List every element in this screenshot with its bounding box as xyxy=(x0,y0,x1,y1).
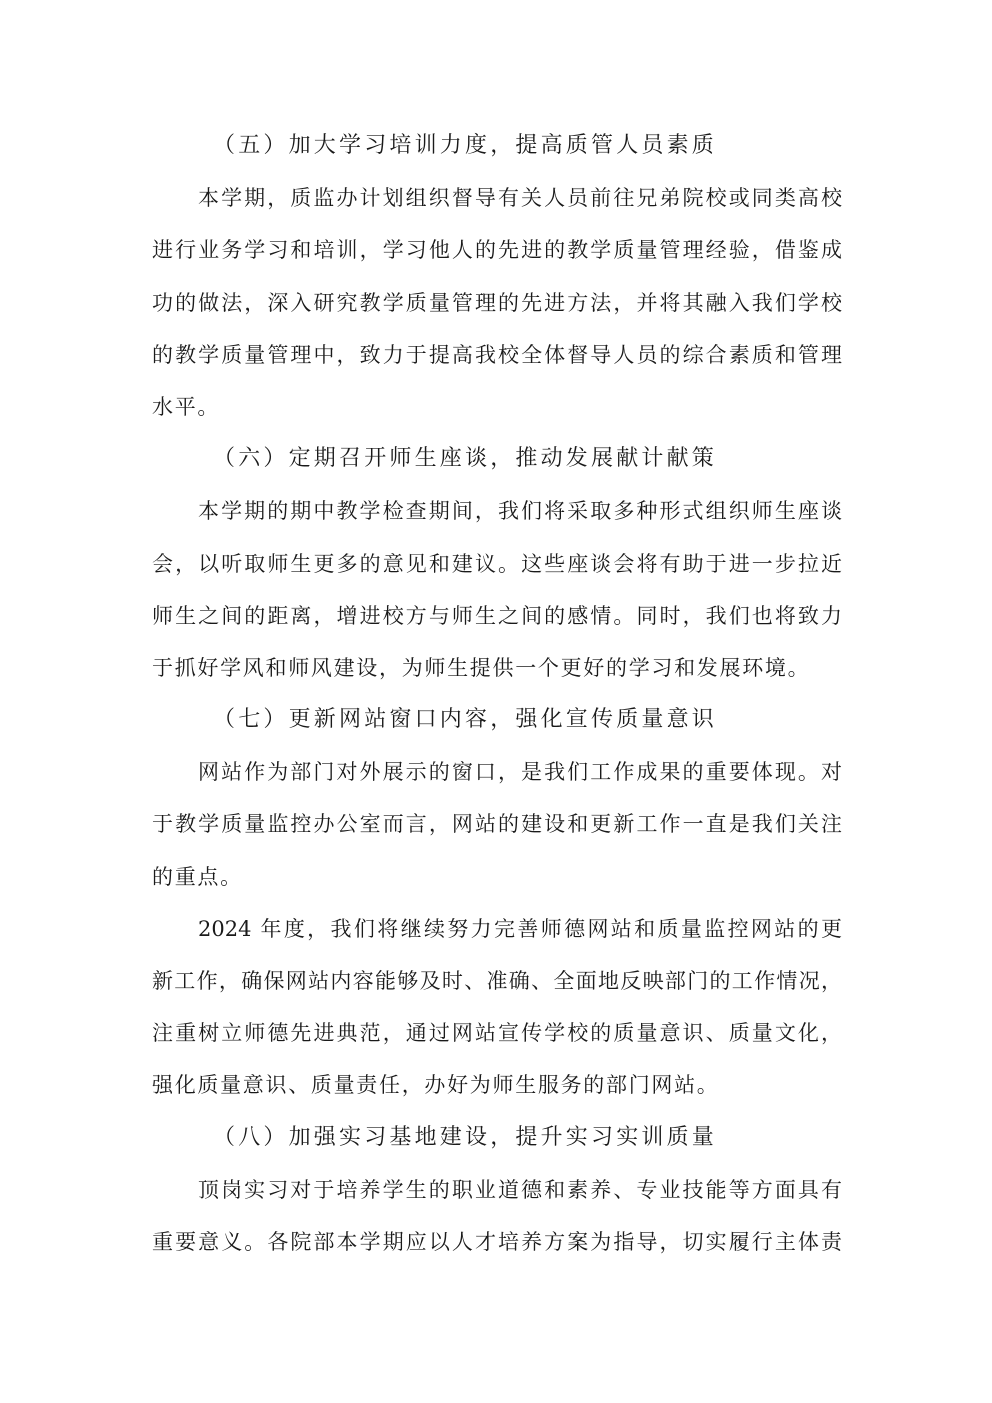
section-heading: （八）加强实习基地建设，提升实习实训质量 xyxy=(152,1112,842,1164)
section-heading: （五）加大学习培训力度，提高质管人员素质 xyxy=(152,120,842,172)
section-heading: （七）更新网站窗口内容，强化宣传质量意识 xyxy=(152,694,842,746)
paragraph-line: 强化质量意识、质量责任，办好为师生服务的部门网站。 xyxy=(152,1059,842,1111)
paragraph-line: 于抓好学风和师风建设，为师生提供一个更好的学习和发展环境。 xyxy=(152,642,842,694)
paragraph-line: 的重点。 xyxy=(152,851,842,903)
paragraph-line: 于教学质量监控办公室而言，网站的建设和更新工作一直是我们关注 xyxy=(152,798,842,850)
paragraph-line: 顶岗实习对于培养学生的职业道德和素养、专业技能等方面具有 xyxy=(152,1164,842,1216)
paragraph-line: 师生之间的距离，增进校方与师生之间的感情。同时，我们也将致力 xyxy=(152,590,842,642)
paragraph-line: 2024 年度，我们将继续努力完善师德网站和质量监控网站的更 xyxy=(152,903,842,955)
paragraph-line: 新工作，确保网站内容能够及时、准确、全面地反映部门的工作情况， xyxy=(152,955,842,1007)
paragraph-line: 本学期，质监办计划组织督导有关人员前往兄弟院校或同类高校 xyxy=(152,172,842,224)
paragraph-line: 功的做法，深入研究教学质量管理的先进方法，并将其融入我们学校 xyxy=(152,277,842,329)
paragraph-line: 进行业务学习和培训，学习他人的先进的教学质量管理经验，借鉴成 xyxy=(152,224,842,276)
paragraph-line: 水平。 xyxy=(152,381,842,433)
paragraph-line: 的教学质量管理中，致力于提高我校全体督导人员的综合素质和管理 xyxy=(152,329,842,381)
section-heading: （六）定期召开师生座谈，推动发展献计献策 xyxy=(152,433,842,485)
paragraph-line: 重要意义。各院部本学期应以人才培养方案为指导，切实履行主体责 xyxy=(152,1216,842,1268)
paragraph-line: 本学期的期中教学检查期间，我们将采取多种形式组织师生座谈 xyxy=(152,485,842,537)
paragraph-line: 会，以听取师生更多的意见和建议。这些座谈会将有助于进一步拉近 xyxy=(152,538,842,590)
document-page: （五）加大学习培训力度，提高质管人员素质 本学期，质监办计划组织督导有关人员前往… xyxy=(152,120,842,1268)
paragraph-line: 注重树立师德先进典范，通过网站宣传学校的质量意识、质量文化， xyxy=(152,1007,842,1059)
paragraph-line: 网站作为部门对外展示的窗口，是我们工作成果的重要体现。对 xyxy=(152,746,842,798)
